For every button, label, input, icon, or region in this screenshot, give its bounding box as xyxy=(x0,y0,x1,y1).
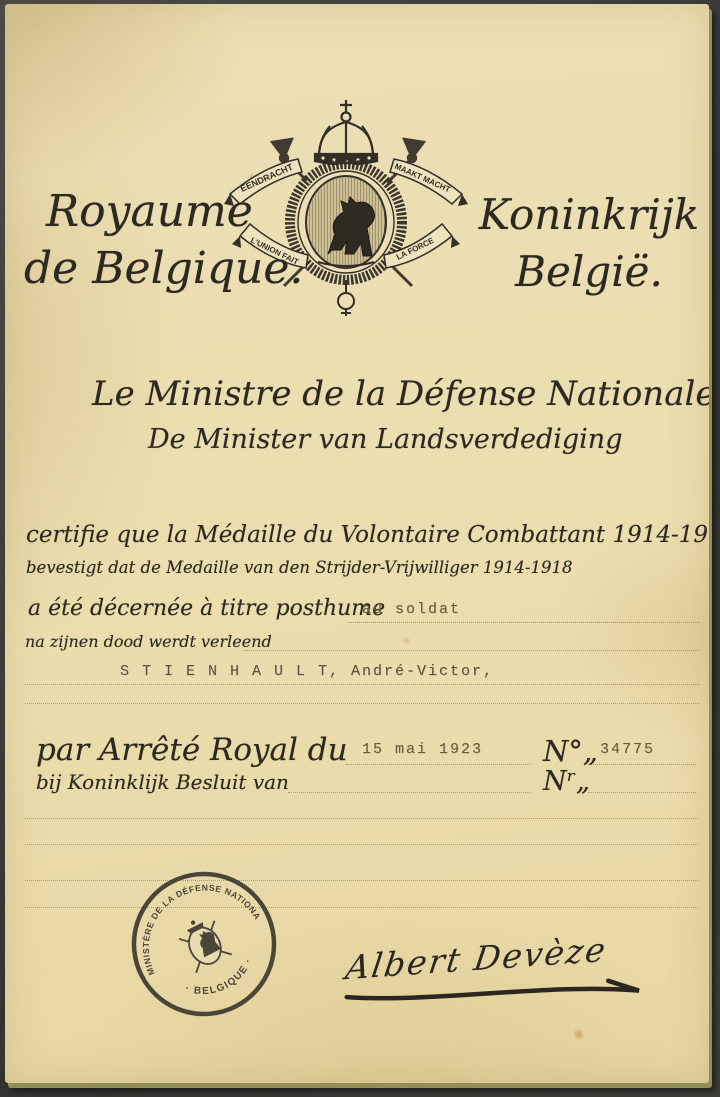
blank-line-1 xyxy=(25,683,700,704)
kingdom-title-dutch: Koninkrijk België. xyxy=(478,190,700,296)
certify-line-fr: certifie que la Médaille du Volontaire C… xyxy=(26,522,709,548)
nl-fill-line xyxy=(243,630,700,651)
ministry-ink-stamp: MINISTÈRE DE LA DÉFENSE NATIONALE · BELG… xyxy=(122,862,286,1026)
recipient-line: S T I E N H A U L T, André-Victor, xyxy=(25,660,700,685)
decree-date-typed: 15 mai 1923 xyxy=(346,741,483,758)
decree-date-line: 15 mai 1923 xyxy=(346,738,530,765)
recipient-typed-name: S T I E N H A U L T, André-Victor, xyxy=(25,663,494,680)
number-fill-line-nl xyxy=(588,770,696,793)
certificate-page: EENDRACHT MAAKT MACHT L'UNION FAIT LA FO… xyxy=(5,4,709,1083)
motto-maakt-macht: MAAKT MACHT xyxy=(393,162,452,195)
kingdom-fr-line1: Royaume xyxy=(24,186,303,237)
stamp-text-bottom: · BELGIQUE · xyxy=(180,951,261,1009)
minister-signature: Albert Devèze xyxy=(342,926,660,1022)
signature-name: Albert Devèze xyxy=(342,930,610,987)
awarded-label-nl: na zijnen dood werdt verleend xyxy=(25,632,272,651)
certify-line-nl: bevestigt dat de Medaille van den Strijd… xyxy=(26,558,572,577)
decree-label-fr: par Arrêté Royal du xyxy=(36,732,348,768)
kingdom-nl-line2: België. xyxy=(478,247,700,296)
number-fill-line-fr: 34775 xyxy=(588,738,696,765)
awarded-label-fr: a été décernée à titre posthume xyxy=(28,596,385,621)
kingdom-nl-line1: Koninkrijk xyxy=(478,190,700,239)
blank-line-3 xyxy=(25,826,698,845)
scanned-certificate: EENDRACHT MAAKT MACHT L'UNION FAIT LA FO… xyxy=(0,0,720,1097)
minister-title-nl: De Minister van Landsverdediging xyxy=(148,424,622,455)
rank-typed-value: au soldat xyxy=(348,601,461,618)
number-label-nl: Nʳ„ xyxy=(543,766,590,797)
kingdom-fr-line2: de Belgique. xyxy=(24,243,303,294)
kingdom-title-french: Royaume de Belgique. xyxy=(24,186,303,294)
rank-fill-line: au soldat xyxy=(348,598,700,623)
decree-label-nl: bij Koninklijk Besluit van xyxy=(36,770,289,794)
minister-title-fr: Le Ministre de la Défense Nationale xyxy=(92,374,709,414)
blank-line-2 xyxy=(25,800,698,819)
svg-text:· BELGIQUE ·: · BELGIQUE · xyxy=(180,951,261,1009)
number-typed-value: 34775 xyxy=(588,741,655,758)
decree-date-line-nl xyxy=(288,770,530,793)
